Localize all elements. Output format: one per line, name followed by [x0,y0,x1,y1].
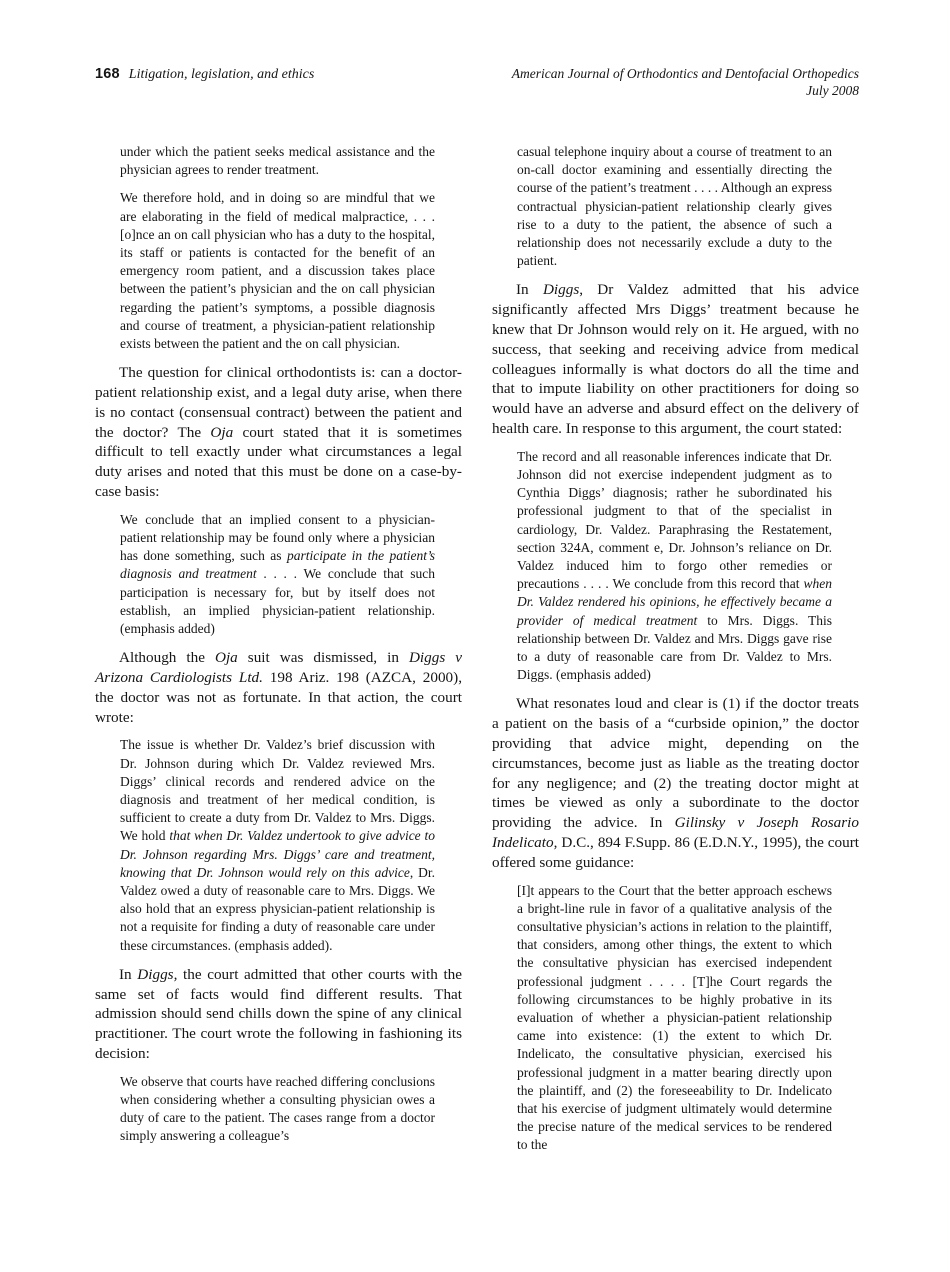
issue-date: July 2008 [512,83,859,100]
two-column-body: under which the patient seeks medical as… [95,143,859,1155]
left-column: under which the patient seeks medical as… [95,143,462,1155]
page-number: 168 [95,66,120,82]
journal-name: American Journal of Orthodontics and Den… [512,66,859,83]
block-quote: We observe that courts have reached diff… [120,1073,435,1146]
block-quote: casual telephone inquiry about a course … [517,143,832,270]
section-title: Litigation, legislation, and ethics [129,67,315,82]
right-column: casual telephone inquiry about a course … [492,143,859,1155]
body-paragraph: In Diggs, the court admitted that other … [95,965,462,1064]
journal-page: 168Litigation, legislation, and ethics A… [0,0,950,1272]
block-quote: under which the patient seeks medical as… [120,143,435,179]
page-header: 168Litigation, legislation, and ethics A… [95,66,859,99]
block-quote: The issue is whether Dr. Valdez’s brief … [120,736,435,954]
running-head-left: 168Litigation, legislation, and ethics [95,66,314,83]
block-quote: We conclude that an implied consent to a… [120,511,435,638]
body-paragraph: In Diggs, Dr Valdez admitted that his ad… [492,280,859,438]
running-head-right: American Journal of Orthodontics and Den… [512,66,859,99]
block-quote: [I]t appears to the Court that the bette… [517,882,832,1155]
block-quote: The record and all reasonable inferences… [517,448,832,685]
block-quote: We therefore hold, and in doing so are m… [120,189,435,353]
body-paragraph: The question for clinical orthodontists … [95,363,462,502]
body-paragraph: Although the Oja suit was dismissed, in … [95,648,462,727]
body-paragraph: What resonates loud and clear is (1) if … [492,694,859,872]
